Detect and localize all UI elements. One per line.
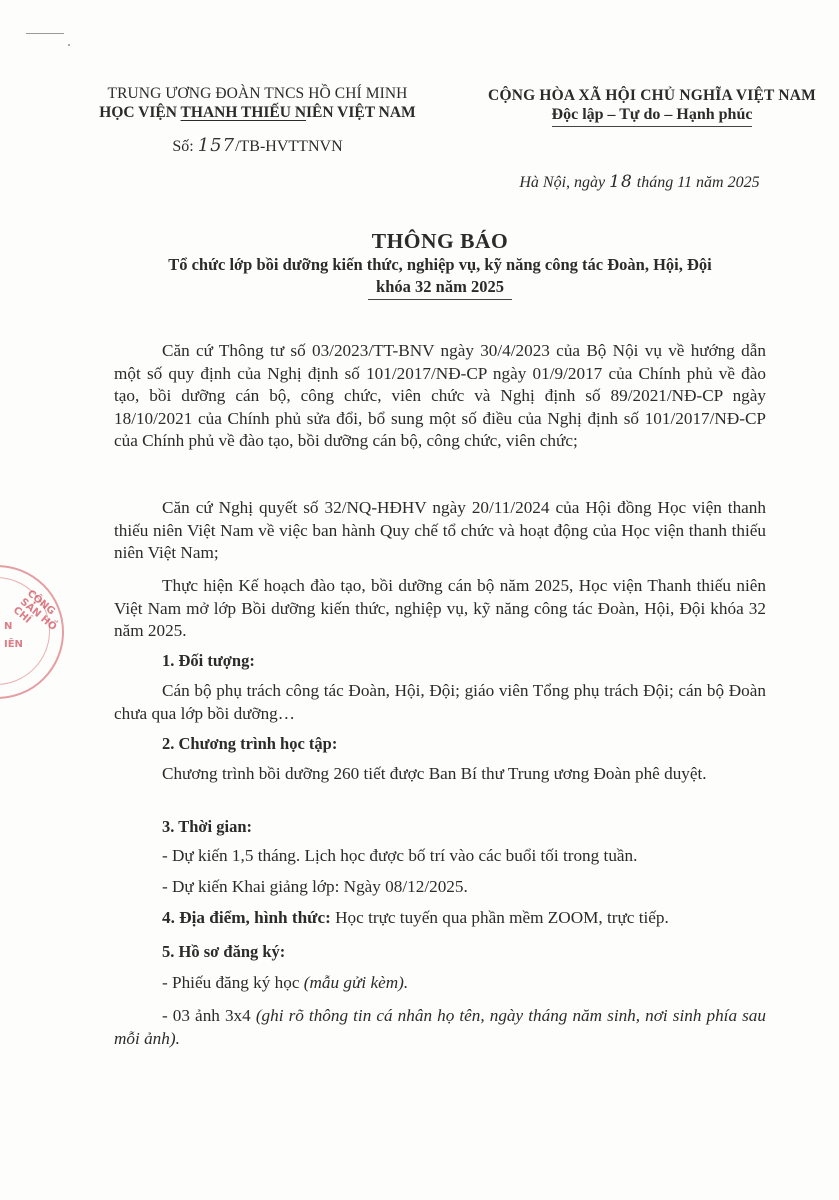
parent-organization: TRUNG ƯƠNG ĐOÀN TNCS HỒ CHÍ MINH — [70, 84, 445, 103]
place-date-line: Hà Nội, ngày 18 tháng 11 năm 2025 — [440, 172, 839, 192]
nation-name: CỘNG HÒA XÃ HỘI CHỦ NGHĨA VIỆT NAM — [452, 86, 839, 105]
issuing-agency-header: TRUNG ƯƠNG ĐOÀN TNCS HỒ CHÍ MINH HỌC VIỆ… — [70, 84, 445, 157]
document-title: THÔNG BÁO — [100, 228, 780, 254]
section-2-heading: 2. Chương trình học tập: — [162, 734, 337, 754]
section-3-line-1: - Dự kiến 1,5 tháng. Lịch học được bố tr… — [162, 846, 637, 866]
document-page: TRUNG ƯƠNG ĐOÀN TNCS HỒ CHÍ MINH HỌC VIỆ… — [0, 0, 839, 1200]
section-2-body: Chương trình bồi dưỡng 260 tiết được Ban… — [114, 763, 766, 786]
section-4-heading: 4. Địa điểm, hình thức: — [162, 908, 331, 927]
section-3-line-2: - Dự kiến Khai giảng lớp: Ngày 08/12/202… — [162, 877, 468, 897]
section-1-heading: 1. Đối tượng: — [162, 651, 255, 671]
national-header: CỘNG HÒA XÃ HỘI CHỦ NGHĨA VIỆT NAM Độc l… — [452, 86, 839, 127]
document-subtitle-course: khóa 32 năm 2025 — [368, 276, 512, 300]
section-5-line-2: - 03 ảnh 3x4 (ghi rõ thông tin cá nhân h… — [114, 1005, 766, 1050]
document-subtitle: Tổ chức lớp bồi dưỡng kiến thức, nghiệp … — [100, 254, 780, 276]
official-seal: CỘNG SẢN HỒ CHÍ IÊN N — [0, 565, 64, 699]
section-4: 4. Địa điểm, hình thức: Học trực tuyến q… — [162, 908, 669, 928]
preamble-paragraph-1: Căn cứ Thông tư số 03/2023/TT-BNV ngày 3… — [114, 340, 766, 453]
section-5-heading: 5. Hồ sơ đăng ký: — [162, 942, 285, 962]
section-1-body: Cán bộ phụ trách công tác Đoàn, Hội, Đội… — [114, 680, 766, 725]
handwritten-number: 157 — [198, 135, 235, 156]
section-4-body: Học trực tuyến qua phần mềm ZOOM, trực t… — [331, 908, 669, 927]
agency-name: HỌC VIỆN THANH THIẾU NIÊN VIỆT NAM — [70, 103, 445, 122]
document-number: Số: 157/TB-HVTTNVN — [70, 136, 445, 157]
scan-mark — [26, 33, 64, 34]
handwritten-day: 18 — [609, 172, 633, 192]
seal-center-text: IÊN — [4, 639, 23, 650]
preamble-paragraph-3: Thực hiện Kế hoạch đào tạo, bồi dưỡng cá… — [114, 575, 766, 643]
scan-dot — [68, 44, 70, 46]
section-3-heading: 3. Thời gian: — [162, 817, 252, 837]
seal-left-text: N — [4, 621, 12, 632]
national-motto: Độc lập – Tự do – Hạnh phúc — [552, 105, 753, 127]
section-5-line-1: - Phiếu đăng ký học (mẫu gửi kèm). — [162, 973, 408, 993]
document-title-block: THÔNG BÁO Tổ chức lớp bồi dưỡng kiến thứ… — [100, 228, 780, 300]
preamble-paragraph-2: Căn cứ Nghị quyết số 32/NQ-HĐHV ngày 20/… — [114, 497, 766, 565]
